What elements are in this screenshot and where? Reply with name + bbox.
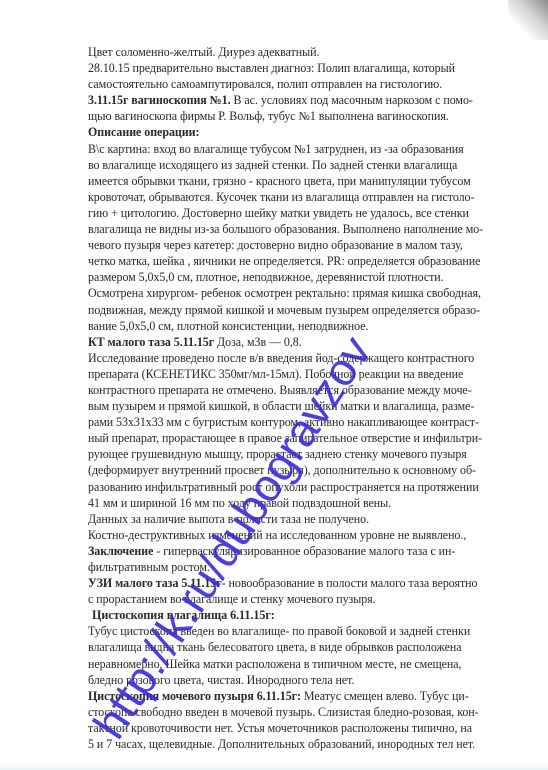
paragraph: Костно-деструктивных изменений на исслед… (88, 527, 524, 543)
text-line: фильтративным ростом. (88, 559, 520, 575)
paragraph: Описание операции: (88, 124, 524, 140)
body-text: Осмотрена хирургом- ребенок осмотрен рек… (88, 286, 481, 300)
body-text: разованию инфильтративный рост опухоли р… (88, 480, 479, 494)
body-text: Данных за наличие выпота в полости таза … (88, 512, 369, 526)
text-line: Данных за наличие выпота в полости таза … (88, 511, 520, 527)
body-text: неравномерно. Шейка матки расположена в … (88, 657, 462, 671)
body-text: размером 5,0х5,0 см, плотное, неподвижно… (88, 270, 444, 284)
body-text: щью вагиноскопа фирмы Р. Вольф, тубус №1… (88, 109, 449, 123)
heading-text: Цистоскопия влагалища 6.11.15г: (92, 608, 275, 622)
text-line: В\с картина: вход во влагалище тубусом №… (88, 141, 520, 157)
text-line: щью вагиноскопа фирмы Р. Вольф, тубус №1… (88, 108, 520, 124)
paragraph: Исследование проведено после в/в введени… (88, 350, 524, 511)
body-text: вание 5,0х5,0 см, плотной консистенции, … (88, 319, 368, 333)
text-line: самостоятельно самоампутировался, полип … (88, 76, 520, 92)
text-line: подвижная, между прямой кишкой и мочевым… (88, 302, 520, 318)
body-text: с прорастанием во влагалище и стенку моч… (88, 592, 376, 606)
text-line: ный препарат, прорастающее в правое запи… (88, 430, 520, 446)
body-text: 5 и 7 часах, щелевидные. Дополнительных … (88, 737, 475, 751)
page-bottom-edge (0, 762, 548, 770)
paragraph: Заключение - гиперваскуляризированное об… (88, 543, 524, 575)
body-text: влагалища не видны из-за большого образо… (88, 222, 483, 236)
text-line: Исследование проведено после в/в введени… (88, 350, 520, 366)
body-text: имеется обрывки ткани, грязно - красного… (88, 174, 471, 188)
text-line: четко матка, шейка , яичники не определя… (88, 253, 520, 269)
text-line: разованию инфильтративный рост опухоли р… (88, 479, 520, 495)
body-text: подвижная, между прямой кишкой и мочевым… (88, 303, 480, 317)
heading-text: УЗИ малого таза 5.11.15г (88, 576, 222, 590)
text-line: (деформирует внутренний просвет пузыря),… (88, 462, 520, 478)
text-line: влагалища не видны из-за большого образо… (88, 221, 520, 237)
paragraph: 3.11.15г вагиноскопия №1. В ас. условиях… (88, 92, 524, 124)
body-text: - гиперваскуляризированное образование м… (153, 544, 455, 558)
text-line: УЗИ малого таза 5.11.15г- новообразовани… (88, 575, 520, 591)
body-text: вым пузырем и прямой кишкой, в области ш… (88, 399, 474, 413)
text-line: размером 5,0х5,0 см, плотное, неподвижно… (88, 269, 520, 285)
text-line: имеется обрывки ткани, грязно - красного… (88, 173, 520, 189)
text-line: чевого пузыря через катетер: достоверно … (88, 237, 520, 253)
body-text: кровоточат, обрываются. Кусочек ткани из… (88, 190, 474, 204)
body-text: тактной кровоточивости нет. Устья мочето… (88, 721, 472, 735)
text-line: контрастного препарата не отмечено. Выяв… (88, 382, 520, 398)
text-line: с прорастанием во влагалище и стенку моч… (88, 591, 520, 607)
body-text: препарата (КСЕНЕТИКС 350мг/мл-15мл). Поб… (88, 367, 463, 381)
text-line: 3.11.15г вагиноскопия №1. В ас. условиях… (88, 92, 520, 108)
body-text: рами 53х31х33 мм с бугристым контуром, а… (88, 415, 479, 429)
text-line: рами 53х31х33 мм с бугристым контуром, а… (88, 414, 520, 430)
body-text: Тубус цистоскопа введен во влагалище- по… (88, 624, 470, 638)
heading-text: Описание операции: (88, 125, 199, 139)
body-text: самостоятельно самоампутировался, полип … (88, 77, 442, 91)
text-line: препарата (КСЕНЕТИКС 350мг/мл-15мл). Поб… (88, 366, 520, 382)
body-text: Исследование проведено после в/в введени… (88, 351, 474, 365)
paragraph: Данных за наличие выпота в полости таза … (88, 511, 524, 527)
body-text: Меатус смещен влево. Тубус ци- (301, 689, 469, 703)
body-text: чевого пузыря через катетер: достоверно … (88, 238, 463, 252)
paragraph: В\с картина: вход во влагалище тубусом №… (88, 141, 524, 334)
paragraph: Цвет соломенно-желтый. Диурез адекватный… (88, 44, 524, 60)
body-text: рующее грушевидную мышцу, прорастает зад… (88, 447, 467, 461)
text-line: 5 и 7 часах, щелевидные. Дополнительных … (88, 736, 520, 752)
paragraph: Тубус цистоскопа введен во влагалище- по… (88, 623, 524, 687)
text-line: Цистоскопия мочевого пузыря 6.11.15г: Ме… (88, 688, 520, 704)
text-line: влагалища видна ткань белесоватого цвета… (88, 639, 520, 655)
body-text: стоскопа свободно введен в мочевой пузыр… (88, 705, 479, 719)
text-line: рующее грушевидную мышцу, прорастает зад… (88, 446, 520, 462)
heading-text: 3.11.15г вагиноскопия №1. (88, 93, 231, 107)
body-text: 41 мм и шириной 16 мм по ходу правой под… (88, 496, 391, 510)
scanned-page: Цвет соломенно-желтый. Диурез адекватный… (0, 0, 548, 770)
body-text: В ас. условиях под масочным наркозом с п… (231, 93, 473, 107)
body-text: фильтративным ростом. (88, 560, 210, 574)
text-line: бледно розового цвета, чистая. Инородног… (88, 672, 520, 688)
text-line: Описание операции: (88, 124, 520, 140)
body-text: влагалища видна ткань белесоватого цвета… (88, 640, 461, 654)
paragraph: 28.10.15 предварительно выставлен диагно… (88, 60, 524, 92)
body-text: гию + цитологию. Достоверно шейку матки … (88, 206, 469, 220)
text-line: неравномерно. Шейка матки расположена в … (88, 656, 520, 672)
text-line: КТ малого таза 5.11.15г Доза, мЗв — 0,8. (88, 334, 520, 350)
text-line: Цвет соломенно-желтый. Диурез адекватный… (88, 44, 520, 60)
body-text: Цвет соломенно-желтый. Диурез адекватный… (88, 45, 319, 59)
text-line: стоскопа свободно введен в мочевой пузыр… (88, 704, 520, 720)
body-text: 28.10.15 предварительно выставлен диагно… (88, 61, 455, 75)
text-line: гию + цитологию. Достоверно шейку матки … (88, 205, 520, 221)
body-text: бледно розового цвета, чистая. Инородног… (88, 673, 354, 687)
text-line: Осмотрена хирургом- ребенок осмотрен рек… (88, 285, 520, 301)
text-line: тактной кровоточивости нет. Устья мочето… (88, 720, 520, 736)
paragraph: УЗИ малого таза 5.11.15г- новообразовани… (88, 575, 524, 607)
body-text: четко матка, шейка , яичники не определя… (88, 254, 480, 268)
body-text: Доза, мЗв — 0,8. (214, 335, 302, 349)
text-line: 28.10.15 предварительно выставлен диагно… (88, 60, 520, 76)
paragraph: Цистоскопия мочевого пузыря 6.11.15г: Ме… (88, 688, 524, 752)
heading-text: Заключение (88, 544, 153, 558)
text-line: Заключение - гиперваскуляризированное об… (88, 543, 520, 559)
body-text: (деформирует внутренний просвет пузыря),… (88, 463, 476, 477)
body-text: Костно-деструктивных изменений на исслед… (88, 528, 466, 542)
text-line: вание 5,0х5,0 см, плотной консистенции, … (88, 318, 520, 334)
text-line: кровоточат, обрываются. Кусочек ткани из… (88, 189, 520, 205)
heading-text: Цистоскопия мочевого пузыря 6.11.15г: (88, 689, 301, 703)
text-line: вым пузырем и прямой кишкой, в области ш… (88, 398, 520, 414)
body-text: В\с картина: вход во влагалище тубусом №… (88, 142, 464, 156)
paragraph: Цистоскопия влагалища 6.11.15г: (88, 607, 524, 623)
body-text: контрастного препарата не отмечено. Выяв… (88, 383, 472, 397)
body-text: во влагалище исходящего из задней стенки… (88, 158, 457, 172)
text-line: во влагалище исходящего из задней стенки… (88, 157, 520, 173)
text-line: Тубус цистоскопа введен во влагалище- по… (88, 623, 520, 639)
text-line: Цистоскопия влагалища 6.11.15г: (92, 607, 524, 623)
body-text: - новообразование в полости малого таза … (222, 576, 478, 590)
page-corner-shadow (508, 0, 548, 40)
document-body: Цвет соломенно-желтый. Диурез адекватный… (88, 44, 524, 752)
body-text: ный препарат, прорастающее в правое запи… (88, 431, 482, 445)
text-line: 41 мм и шириной 16 мм по ходу правой под… (88, 495, 520, 511)
paragraph: КТ малого таза 5.11.15г Доза, мЗв — 0,8. (88, 334, 524, 350)
heading-text: КТ малого таза 5.11.15г (88, 335, 214, 349)
text-line: Костно-деструктивных изменений на исслед… (88, 527, 520, 543)
